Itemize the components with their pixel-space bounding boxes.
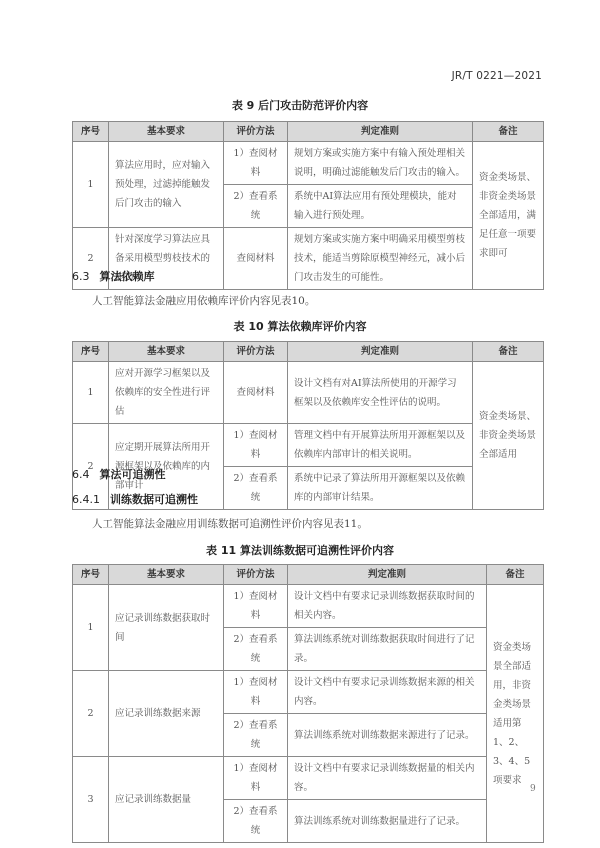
table9-header-row: 序号 基本要求 评价方法 判定准则 备注 [73,122,544,142]
row-requirement: 应对开源学习框架以及依赖库的安全性进行评估 [109,362,224,424]
table11-caption: 表 11 算法训练数据可追溯性评价内容 [0,542,600,558]
table-row: 1 应记录训练数据获取时间 1）查阅材料 设计文档中有要求记录训练数据获取时间的… [73,585,544,628]
row-number: 1 [73,142,109,228]
col-header-method: 评价方法 [224,342,288,362]
col-header-no: 序号 [73,342,109,362]
row-requirement: 应记录训练数据获取时间 [109,585,224,671]
col-header-note: 备注 [473,122,544,142]
row-criterion: 管理文档中有开展算法所用开源框架以及依赖库内部审计的相关说明。 [288,424,473,467]
col-header-no: 序号 [73,565,109,585]
row-criterion: 设计文档中有要求记录训练数据量的相关内容。 [288,757,487,800]
section-6-3-heading: 6.3算法依赖库 [72,268,155,284]
row-requirement: 算法应用时，应对输入预处理，过滤掉能触发后门攻击的输入 [109,142,224,228]
table-row: 3 应记录训练数据量 1）查阅材料 设计文档中有要求记录训练数据量的相关内容。 [73,757,544,800]
page-number: 9 [530,784,536,794]
col-header-requirement: 基本要求 [109,342,224,362]
row-method: 2）查看系统 [224,185,288,228]
section-6-4-1-heading: 6.4.1训练数据可追溯性 [72,491,198,507]
row-method: 2）查看系统 [224,714,288,757]
row-criterion: 规划方案或实施方案中明确采用模型剪枝技术，能适当剪除原模型神经元，减小后门攻击发… [288,228,473,290]
col-header-method: 评价方法 [224,122,288,142]
col-header-note: 备注 [487,565,544,585]
row-number: 2 [73,671,109,757]
row-criterion: 算法训练系统对训练数据来源进行了记录。 [288,714,487,757]
row-note: 资金类场景全部适用，非资金类场景适用第1、2、3、4、5项要求 [487,585,544,843]
table-row: 2 应记录训练数据来源 1）查阅材料 设计文档中有要求记录训练数据来源的相关内容… [73,671,544,714]
section-title: 算法依赖库 [100,270,155,283]
row-criterion: 设计文档中有要求记录训练数据来源的相关内容。 [288,671,487,714]
table10: 序号 基本要求 评价方法 判定准则 备注 1 应对开源学习框架以及依赖库的安全性… [72,341,544,510]
table9: 序号 基本要求 评价方法 判定准则 备注 1 算法应用时，应对输入预处理，过滤掉… [72,121,544,290]
col-header-criterion: 判定准则 [288,565,487,585]
col-header-note: 备注 [473,342,544,362]
col-header-criterion: 判定准则 [288,122,473,142]
row-method: 2）查看系统 [224,467,288,510]
row-requirement: 应记录训练数据来源 [109,671,224,757]
row-method: 查阅材料 [224,228,288,290]
table11-header-row: 序号 基本要求 评价方法 判定准则 备注 [73,565,544,585]
row-note: 资金类场景、非资金类场景全部适用 [473,362,544,510]
row-method: 查阅材料 [224,362,288,424]
row-number: 1 [73,585,109,671]
col-header-requirement: 基本要求 [109,122,224,142]
row-method: 1）查阅材料 [224,757,288,800]
table-row: 1 算法应用时，应对输入预处理，过滤掉能触发后门攻击的输入 1）查阅材料 规划方… [73,142,544,185]
section-6-3-paragraph: 人工智能算法金融应用依赖库评价内容见表10。 [92,293,315,308]
col-header-method: 评价方法 [224,565,288,585]
col-header-requirement: 基本要求 [109,565,224,585]
table11: 序号 基本要求 评价方法 判定准则 备注 1 应记录训练数据获取时间 1）查阅材… [72,564,544,843]
row-criterion: 设计文档中有要求记录训练数据获取时间的相关内容。 [288,585,487,628]
col-header-no: 序号 [73,122,109,142]
row-method: 2）查看系统 [224,628,288,671]
section-number: 6.3 [72,270,90,283]
table10-caption: 表 10 算法依赖库评价内容 [0,318,600,334]
row-criterion: 系统中记录了算法所用开源框架以及依赖库的内部审计结果。 [288,467,473,510]
row-method: 1）查阅材料 [224,671,288,714]
row-number: 1 [73,362,109,424]
section-number: 6.4.1 [72,493,100,506]
table10-header-row: 序号 基本要求 评价方法 判定准则 备注 [73,342,544,362]
row-method: 2）查看系统 [224,800,288,843]
section-6-4-1-paragraph: 人工智能算法金融应用训练数据可追溯性评价内容见表11。 [92,516,368,531]
row-method: 1）查阅材料 [224,142,288,185]
row-method: 1）查阅材料 [224,585,288,628]
section-number: 6.4 [72,468,90,481]
row-note: 资金类场景、非资金类场景全部适用，满足任意一项要求即可 [473,142,544,290]
row-requirement: 应记录训练数据量 [109,757,224,843]
row-method: 1）查阅材料 [224,424,288,467]
row-criterion: 算法训练系统对训练数据量进行了记录。 [288,800,487,843]
row-criterion: 系统中AI算法应用有预处理模块，能对输入进行预处理。 [288,185,473,228]
row-criterion: 算法训练系统对训练数据获取时间进行了记录。 [288,628,487,671]
table9-caption: 表 9 后门攻击防范评价内容 [0,97,600,113]
section-title: 训练数据可追溯性 [110,493,198,506]
row-criterion: 规划方案或实施方案中有输入预处理相关说明，明确过滤能触发后门攻击的输入。 [288,142,473,185]
section-title: 算法可追溯性 [100,468,166,481]
row-criterion: 设计文档有对AI算法所使用的开源学习框架以及依赖库安全性评估的说明。 [288,362,473,424]
document-code: JR/T 0221—2021 [452,70,542,82]
table-row: 1 应对开源学习框架以及依赖库的安全性进行评估 查阅材料 设计文档有对AI算法所… [73,362,544,424]
section-6-4-heading: 6.4算法可追溯性 [72,466,166,482]
row-number: 3 [73,757,109,843]
col-header-criterion: 判定准则 [288,342,473,362]
